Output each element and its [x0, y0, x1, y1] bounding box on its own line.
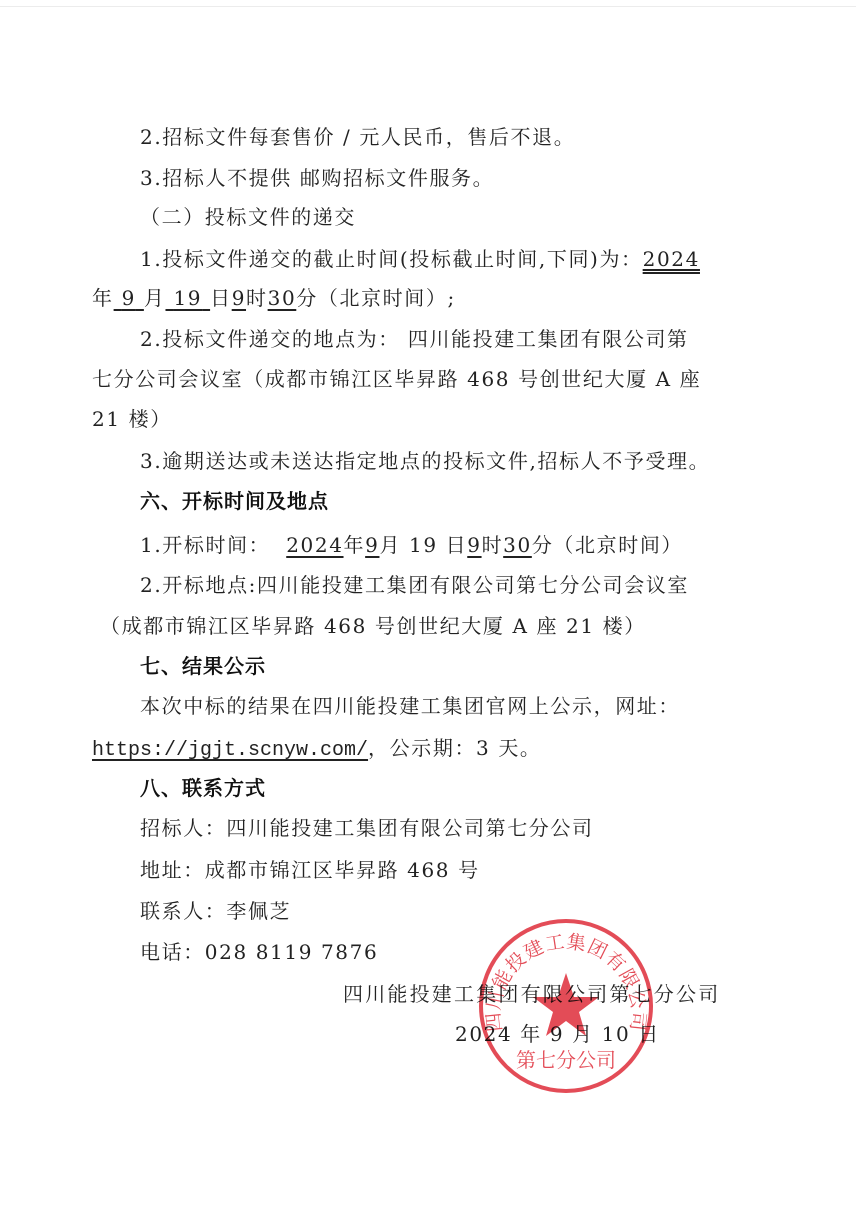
signature-organization: 四川能投建工集团有限公司第七分公司 — [343, 981, 720, 1007]
submission-item-1-line-1: 1.投标文件递交的截止时间(投标截止时间,下同)为：2024 — [140, 246, 700, 272]
minute-suffix: 分（北京时间）; — [296, 286, 456, 310]
submission-item-2-line-1: 2.投标文件递交的地点为： 四川能投建工集团有限公司第 — [140, 326, 689, 352]
results-line-1: 本次中标的结果在四川能投建工集团官网上公示，网址： — [140, 693, 680, 719]
deadline-minute: 30 — [268, 286, 297, 310]
contact-tenderer: 招标人：四川能投建工集团有限公司第七分公司 — [140, 815, 594, 841]
minute-suffix: 分（北京时间） — [532, 533, 683, 557]
opening-item-2-line-2: （成都市锦江区毕昇路 468 号创世纪大厦 A 座 21 楼） — [100, 613, 646, 639]
opening-year: 2024 — [286, 533, 343, 557]
contact-heading: 八、联系方式 — [140, 775, 266, 801]
deadline-month: 9 — [114, 286, 144, 310]
opening-month: 9 — [365, 533, 379, 557]
results-url-link[interactable]: https://jgjt.scnyw.com/ — [92, 739, 368, 762]
deadline-day: 19 — [165, 286, 210, 310]
deadline-year: 2024 — [643, 247, 700, 271]
opening-minute: 30 — [503, 533, 532, 557]
page-top-edge — [0, 6, 856, 7]
contact-phone: 电话：028 8119 7876 — [140, 939, 378, 965]
opening-hour: 9 — [467, 533, 481, 557]
submission-item-3: 3.逾期送达或未送达指定地点的投标文件,招标人不予受理。 — [140, 448, 710, 474]
deadline-label: 1.投标文件递交的截止时间(投标截止时间,下同)为： — [140, 247, 643, 271]
submission-item-2-line-3: 21 楼） — [92, 406, 172, 432]
deadline-hour: 9 — [232, 286, 246, 310]
fee-item-3: 3.招标人不提供 邮购招标文件服务。 — [140, 165, 494, 191]
seal-bottom-text: 第七分公司 — [516, 1048, 616, 1072]
month-suffix: 月 — [144, 286, 166, 310]
submission-item-1-line-2: 年 9 月 19 日9时30分（北京时间）; — [92, 285, 456, 311]
contact-address: 地址：成都市锦江区毕昇路 468 号 — [140, 857, 480, 883]
results-heading: 七、结果公示 — [140, 653, 266, 679]
fee-item-2: 2.招标文件每套售价 / 元人民币，售后不退。 — [140, 124, 575, 150]
publicity-period: ，公示期：3 天。 — [368, 736, 541, 760]
opening-item-1: 1.开标时间： 2024年9月 19 日9时30分（北京时间） — [140, 532, 683, 558]
day-suffix: 日 — [210, 286, 232, 310]
opening-item-2-line-1: 2.开标地点:四川能投建工集团有限公司第七分公司会议室 — [140, 572, 689, 598]
contact-person: 联系人：李佩芝 — [140, 898, 291, 924]
year-suffix: 年 — [344, 533, 366, 557]
hour-suffix: 时 — [246, 286, 268, 310]
signature-date: 2024 年 9 月 10 日 — [455, 1021, 660, 1047]
submission-heading: （二）投标文件的递交 — [140, 204, 356, 230]
hour-suffix: 时 — [482, 533, 504, 557]
opening-time-label: 1.开标时间： — [140, 533, 270, 557]
year-suffix: 年 — [92, 286, 114, 310]
opening-month-day: 月 19 日 — [379, 533, 467, 557]
opening-heading: 六、开标时间及地点 — [140, 488, 329, 514]
results-line-2: https://jgjt.scnyw.com/，公示期：3 天。 — [92, 735, 542, 764]
submission-item-2-line-2: 七分公司会议室（成都市锦江区毕昇路 468 号创世纪大厦 A 座 — [92, 366, 701, 392]
